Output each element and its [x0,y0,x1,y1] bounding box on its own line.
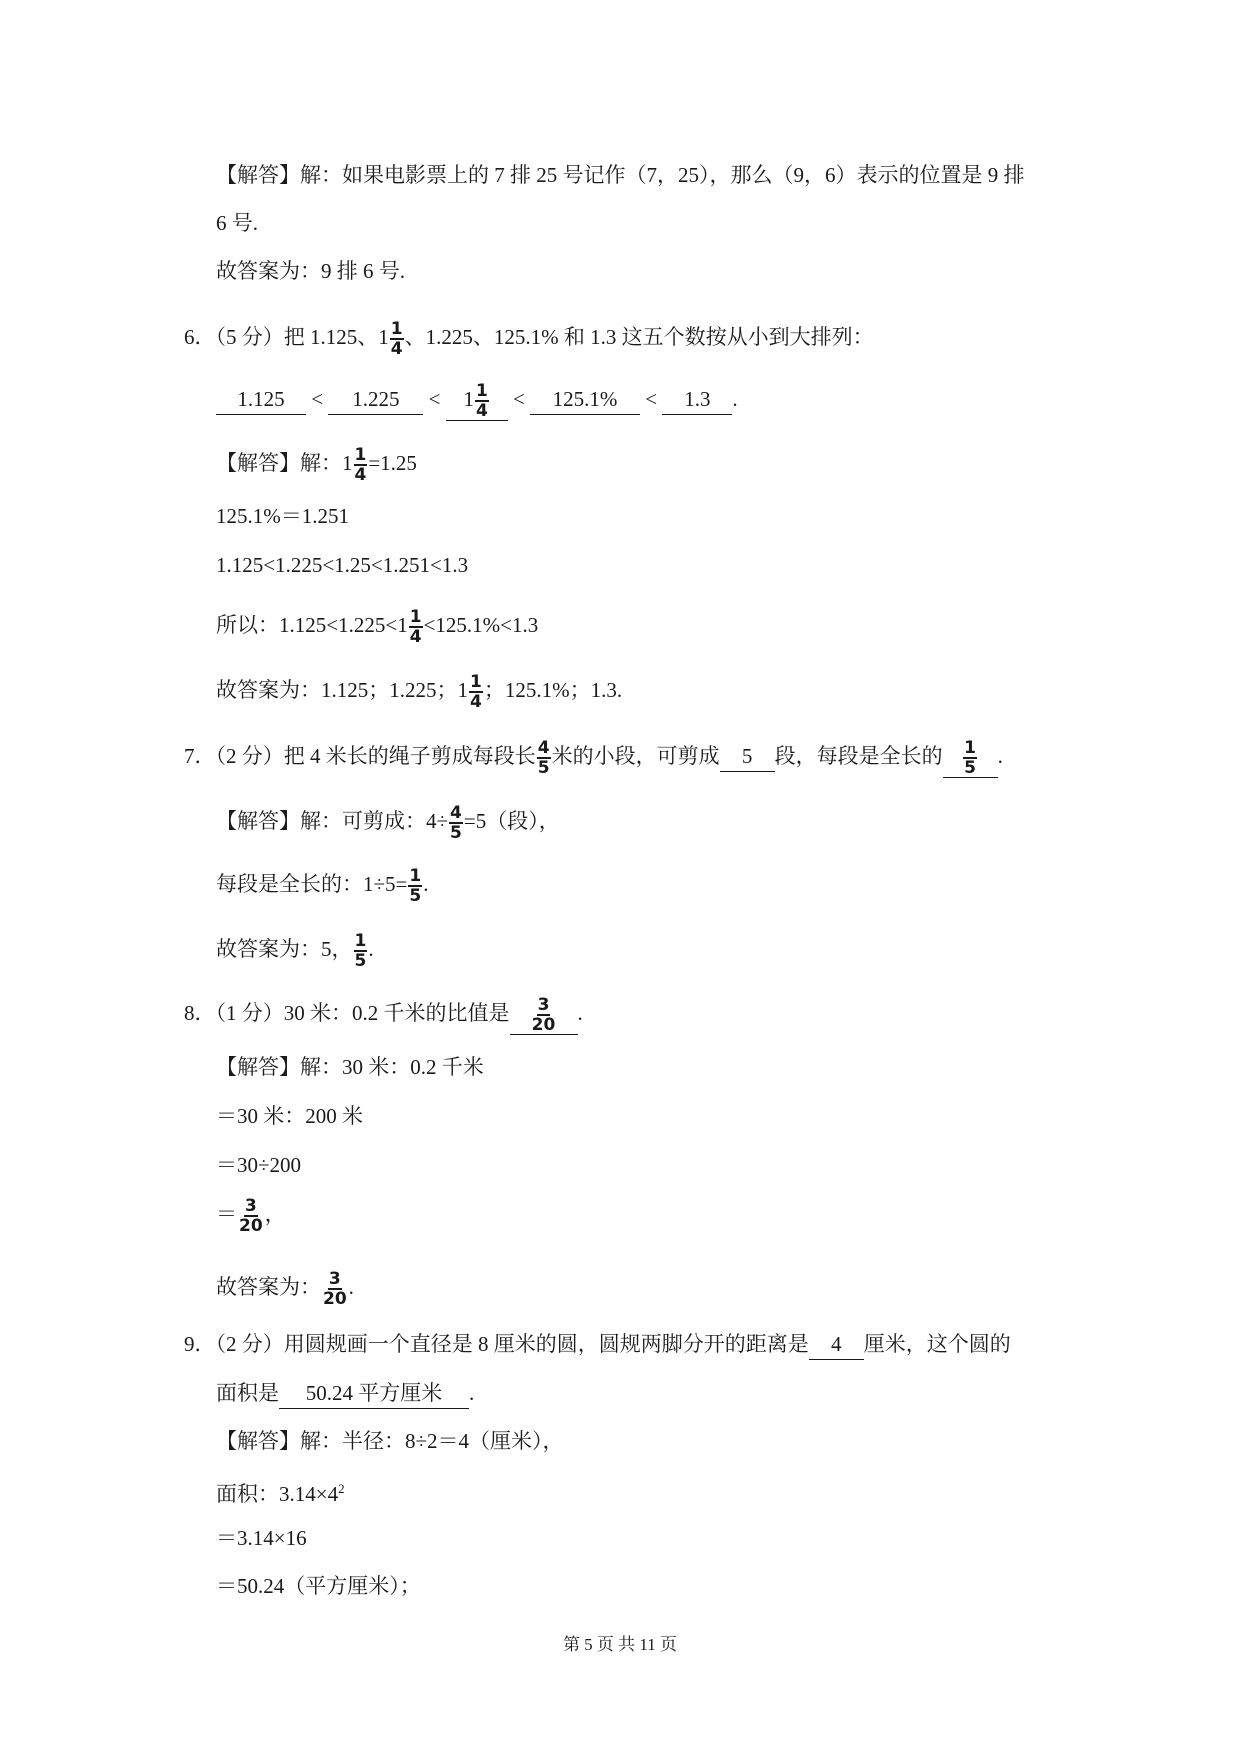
answer-blank: 50.24 平方厘米 [279,1378,469,1409]
q8-question: 8．（1 分）30 米：0.2 千米的比值是320. [184,996,583,1035]
answer-blank: 320 [510,996,578,1035]
answer-blank: 125.1% [530,384,640,415]
q9-solution-line4: ＝50.24（平方厘米）； [216,1571,421,1601]
q5-solution-line1: 【解答】解：如果电影票上的 7 排 25 号记作（7，25），那么（9，6）表示… [216,160,1025,190]
answer-blank: 15 [943,739,998,778]
q5-solution-line2: 6 号. [216,208,258,238]
page-footer: 第 5 页 共 11 页 [0,1630,1240,1655]
q7-solution-line2: 每段是全长的：1÷5=15. [216,867,428,905]
answer-blank: 1.125 [216,384,306,415]
q6-solution-line3: 1.125<1.225<1.25<1.251<1.3 [216,550,468,580]
answer-blank: 114 [446,382,508,421]
answer-blank: 1.3 [662,384,732,415]
q5-answer: 故答案为：9 排 6 号. [216,256,405,286]
q6-answer-line: 1.125 < 1.225 < 114 < 125.1% < 1.3. [216,382,738,421]
q9-solution-line2: 面积：3.14×42 [216,1474,345,1509]
q8-solution-line4: ＝320， [216,1197,286,1235]
q9-solution-line3: ＝3.14×16 [216,1523,307,1553]
q6-question: 6．（5 分）把 1.125、114、1.225、125.1% 和 1.3 这五… [184,320,874,358]
q7-solution-line1: 【解答】解：可剪成：4÷45=5（段）， [216,804,560,842]
q8-solution-line2: ＝30 米：200 米 [216,1101,363,1131]
q6-answer: 故答案为：1.125；1.225；114；125.1%；1.3. [216,673,622,711]
answer-blank: 1.225 [328,384,423,415]
q8-solution-line1: 【解答】解：30 米：0.2 千米 [216,1052,484,1082]
q8-solution-line3: ＝30÷200 [216,1150,301,1180]
q6-solution-line1: 【解答】解：114=1.25 [216,446,417,484]
answer-blank: 5 [720,741,775,772]
q9-solution-line1: 【解答】解：半径：8÷2＝4（厘米）， [216,1426,564,1456]
fraction: 14 [390,320,404,358]
q7-answer: 故答案为：5，15. [216,932,374,970]
q6-solution-line2: 125.1%＝1.251 [216,501,349,531]
q8-answer: 故答案为：320. [216,1270,354,1308]
q9-question-line2: 面积是50.24 平方厘米. [216,1378,474,1409]
answer-blank: 4 [809,1329,864,1360]
q7-question: 7．（2 分）把 4 米长的绳子剪成每段长45米的小段，可剪成5段，每段是全长的… [184,739,1003,778]
q6-solution-line4: 所以：1.125<1.225<114<125.1%<1.3 [216,608,538,646]
q9-question: 9．（2 分）用圆规画一个直径是 8 厘米的圆，圆规两脚分开的距离是4厘米，这个… [184,1329,1011,1360]
